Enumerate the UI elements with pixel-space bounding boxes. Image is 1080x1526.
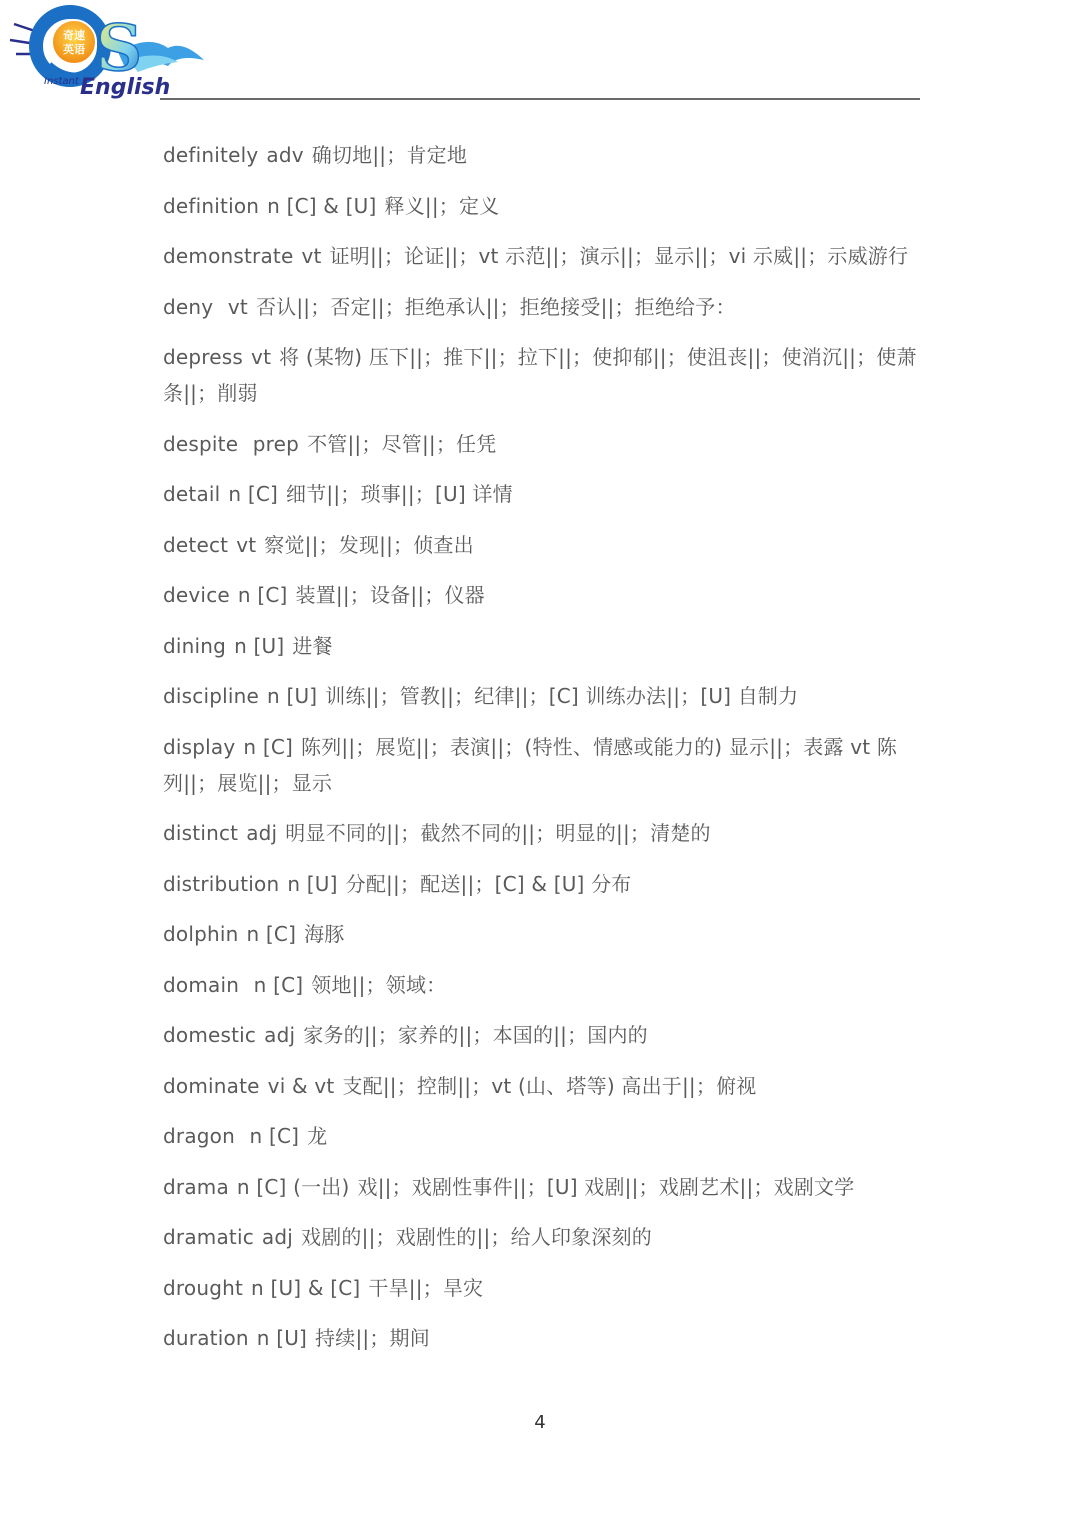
entry-meaning: 戏剧的||；戏剧性的||；给人印象深刻的 bbox=[301, 1225, 652, 1249]
entry-meaning: 龙 bbox=[307, 1124, 327, 1148]
page-number: 4 bbox=[0, 1412, 1080, 1433]
vocab-entry: depressvt将 (某物) 压下||；推下||；拉下||；使抑郁||；使沮丧… bbox=[163, 339, 923, 411]
entry-meaning: 训练||；管教||；纪律||；[C] 训练办法||；[U] 自制力 bbox=[325, 684, 798, 708]
vocab-entry: demonstratevt证明||；论证||；vt 示范||；演示||；显示||… bbox=[163, 238, 923, 274]
entry-meaning: 否认||；否定||；拒绝承认||；拒绝接受||；拒绝给予： bbox=[256, 295, 736, 319]
entry-part-of-speech: n [C] bbox=[243, 735, 293, 759]
vocab-entry: dominatevi & vt支配||；控制||；vt (山、塔等) 高出于||… bbox=[163, 1068, 923, 1104]
entry-part-of-speech: vi & vt bbox=[268, 1074, 335, 1098]
vocabulary-list: definitelyadv确切地||；肯定地definitionn [C] & … bbox=[163, 137, 923, 1371]
entry-word: drama bbox=[163, 1175, 229, 1199]
entry-part-of-speech: n [C] bbox=[247, 922, 297, 946]
entry-word: dragon bbox=[163, 1124, 235, 1148]
entry-part-of-speech: n [U] bbox=[267, 684, 317, 708]
vocab-entry: diningn [U]进餐 bbox=[163, 628, 923, 664]
svg-text:奇速: 奇速 bbox=[63, 28, 85, 42]
entry-word: dining bbox=[163, 634, 226, 658]
entry-meaning: 干旱||；旱灾 bbox=[368, 1276, 483, 1300]
entry-word: duration bbox=[163, 1326, 249, 1350]
vocab-entry: detailn [C]细节||；琐事||；[U] 详情 bbox=[163, 476, 923, 512]
vocab-entry: detectvt察觉||；发现||；侦查出 bbox=[163, 527, 923, 563]
entry-part-of-speech: n [U] bbox=[257, 1326, 307, 1350]
entry-word: dominate bbox=[163, 1074, 260, 1098]
vocab-entry: domain n [C]领地||；领域： bbox=[163, 967, 923, 1003]
vocab-entry: displayn [C]陈列||；展览||；表演||；(特性、情感或能力的) 显… bbox=[163, 729, 923, 801]
entry-word: discipline bbox=[163, 684, 259, 708]
vocab-entry: droughtn [U] & [C]干旱||；旱灾 bbox=[163, 1270, 923, 1306]
svg-text:English: English bbox=[80, 75, 170, 100]
entry-meaning: 不管||；尽管||；任凭 bbox=[307, 432, 496, 456]
entry-word: domain bbox=[163, 973, 239, 997]
entry-word: drought bbox=[163, 1276, 243, 1300]
entry-part-of-speech: n [C] bbox=[243, 1124, 299, 1148]
entry-part-of-speech: vt bbox=[301, 244, 321, 268]
entry-word: dolphin bbox=[163, 922, 239, 946]
entry-part-of-speech: vt bbox=[236, 533, 256, 557]
entry-part-of-speech: n [C] (一出) bbox=[237, 1175, 350, 1199]
vocab-entry: definitionn [C] & [U]释义||；定义 bbox=[163, 188, 923, 224]
entry-meaning: 释义||；定义 bbox=[385, 194, 500, 218]
brand-logo-icon: S 奇速 英语 Instant English bbox=[8, 4, 208, 100]
svg-text:Instant: Instant bbox=[44, 76, 80, 87]
entry-word: device bbox=[163, 583, 230, 607]
entry-word: despite bbox=[163, 432, 238, 456]
entry-meaning: 细节||；琐事||；[U] 详情 bbox=[286, 482, 513, 506]
entry-meaning: 进餐 bbox=[292, 634, 332, 658]
vocab-entry: deny vt否认||；否定||；拒绝承认||；拒绝接受||；拒绝给予： bbox=[163, 289, 923, 325]
entry-meaning: 领地||；领域： bbox=[311, 973, 446, 997]
header-divider bbox=[160, 98, 920, 100]
vocab-entry: dramaticadj戏剧的||；戏剧性的||；给人印象深刻的 bbox=[163, 1219, 923, 1255]
entry-word: demonstrate bbox=[163, 244, 293, 268]
vocab-entry: distinctadj明显不同的||；截然不同的||；明显的||；清楚的 bbox=[163, 815, 923, 851]
entry-word: distinct bbox=[163, 821, 238, 845]
vocab-entry: disciplinen [U]训练||；管教||；纪律||；[C] 训练办法||… bbox=[163, 678, 923, 714]
entry-part-of-speech: n [C] bbox=[238, 583, 288, 607]
entry-word: definitely bbox=[163, 143, 258, 167]
entry-meaning: 海豚 bbox=[304, 922, 344, 946]
vocab-entry: despite prep不管||；尽管||；任凭 bbox=[163, 426, 923, 462]
svg-text:英语: 英语 bbox=[63, 42, 85, 56]
entry-meaning: 明显不同的||；截然不同的||；明显的||；清楚的 bbox=[285, 821, 710, 845]
entry-part-of-speech: adj bbox=[262, 1225, 293, 1249]
entry-part-of-speech: n [U] bbox=[287, 872, 337, 896]
entry-word: dramatic bbox=[163, 1225, 254, 1249]
entry-word: display bbox=[163, 735, 235, 759]
entry-meaning: 持续||；期间 bbox=[315, 1326, 430, 1350]
entry-part-of-speech: n [C] & [U] bbox=[267, 194, 376, 218]
entry-part-of-speech: vt bbox=[251, 345, 271, 369]
entry-word: depress bbox=[163, 345, 243, 369]
vocab-entry: definitelyadv确切地||；肯定地 bbox=[163, 137, 923, 173]
entry-meaning: 家务的||；家养的||；本国的||；国内的 bbox=[303, 1023, 648, 1047]
vocab-entry: draman [C] (一出)戏||；戏剧性事件||；[U] 戏剧||；戏剧艺术… bbox=[163, 1169, 923, 1205]
entry-part-of-speech: n [U] & [C] bbox=[251, 1276, 360, 1300]
vocab-entry: distributionn [U]分配||；配送||；[C] & [U] 分布 bbox=[163, 866, 923, 902]
entry-meaning: 支配||；控制||；vt (山、塔等) 高出于||；俯视 bbox=[342, 1074, 756, 1098]
vocab-entry: domesticadj家务的||；家养的||；本国的||；国内的 bbox=[163, 1017, 923, 1053]
entry-word: definition bbox=[163, 194, 259, 218]
entry-part-of-speech: n [C] bbox=[228, 482, 278, 506]
entry-meaning: 证明||；论证||；vt 示范||；演示||；显示||；vi 示威||；示威游行 bbox=[330, 244, 909, 268]
vocab-entry: dolphinn [C]海豚 bbox=[163, 916, 923, 952]
entry-meaning: 察觉||；发现||；侦查出 bbox=[264, 533, 474, 557]
vocab-entry: durationn [U]持续||；期间 bbox=[163, 1320, 923, 1356]
entry-part-of-speech: prep bbox=[246, 432, 299, 456]
entry-word: detail bbox=[163, 482, 220, 506]
entry-part-of-speech: n [U] bbox=[234, 634, 284, 658]
logo: S 奇速 英语 Instant English bbox=[8, 4, 208, 100]
entry-word: distribution bbox=[163, 872, 279, 896]
entry-part-of-speech: n [C] bbox=[247, 973, 303, 997]
entry-part-of-speech: adj bbox=[246, 821, 277, 845]
entry-word: deny bbox=[163, 295, 213, 319]
entry-meaning: 装置||；设备||；仪器 bbox=[296, 583, 485, 607]
entry-part-of-speech: adj bbox=[264, 1023, 295, 1047]
entry-meaning: 戏||；戏剧性事件||；[U] 戏剧||；戏剧艺术||；戏剧文学 bbox=[358, 1175, 855, 1199]
entry-meaning: 将 (某物) 压下||；推下||；拉下||；使抑郁||；使沮丧||；使消沉||；… bbox=[163, 345, 917, 405]
vocab-entry: dragon n [C]龙 bbox=[163, 1118, 923, 1154]
entry-word: detect bbox=[163, 533, 228, 557]
entry-part-of-speech: adv bbox=[266, 143, 303, 167]
entry-meaning: 确切地||；肯定地 bbox=[312, 143, 467, 167]
entry-part-of-speech: vt bbox=[221, 295, 248, 319]
entry-word: domestic bbox=[163, 1023, 256, 1047]
entry-meaning: 分配||；配送||；[C] & [U] 分布 bbox=[346, 872, 632, 896]
vocab-entry: devicen [C]装置||；设备||；仪器 bbox=[163, 577, 923, 613]
